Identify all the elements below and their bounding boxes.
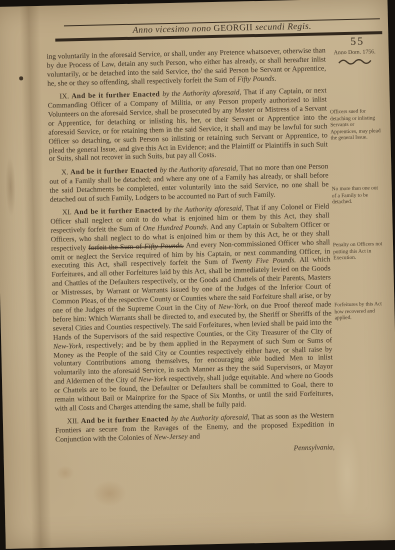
margin-note-penalty-on-officers: Penalty on Officers not putting this Act… bbox=[333, 241, 384, 262]
date-annotation: Anno Dom. 1756. bbox=[329, 49, 381, 56]
flourish-squiggle bbox=[338, 56, 374, 67]
book-page: Anno vicesimo nono GEORGII secundi Regis… bbox=[0, 0, 395, 549]
act-text-column: ing voluntarily in the aforesaid Service… bbox=[47, 46, 335, 458]
scanned-book-photo: Anno vicesimo nono GEORGII secundi Regis… bbox=[0, 0, 395, 550]
catchword: Pennsylvania, bbox=[56, 443, 335, 458]
act-section-x: X. And be it further Enacted by the Auth… bbox=[49, 162, 329, 204]
page-number: 55 bbox=[342, 35, 372, 48]
margin-note-forfeitures-applied: Forfeitures by this Act how recovered an… bbox=[334, 301, 385, 322]
paper-stain bbox=[5, 157, 16, 217]
act-section-ix: IX. And be it further Enacted by the Aut… bbox=[47, 87, 328, 165]
margin-note-one-per-family: No more than one out of a Family to be d… bbox=[332, 185, 383, 206]
act-section-viii-continuation: ing voluntarily in the aforesaid Service… bbox=[47, 46, 327, 88]
paper-stain bbox=[56, 465, 74, 480]
act-section-xii: XII. And be it further Enacted by the Au… bbox=[55, 412, 335, 445]
margin-note-plead-general-issue: Officers sued for detaching or inlisting… bbox=[330, 108, 382, 142]
paper-highlight bbox=[333, 429, 361, 520]
act-section-xi: XI. And be it further Enacted by the Aut… bbox=[50, 202, 334, 413]
paper-stain bbox=[92, 480, 127, 507]
